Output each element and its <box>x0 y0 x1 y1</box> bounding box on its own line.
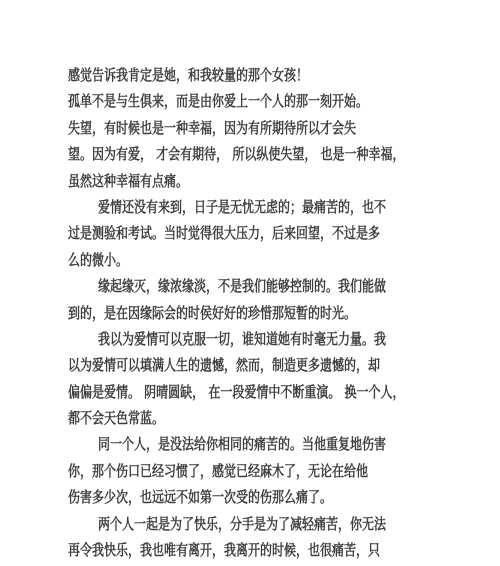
text-line: 孤单不是与生俱来，而是由你爱上一个人的那一刻开始。 <box>68 88 404 114</box>
document-page: 感觉告诉我肯定是她，和我较量的那个女孩！ 孤单不是与生俱来，而是由你爱上一个人的… <box>0 0 500 566</box>
text-line: 感觉告诉我肯定是她，和我较量的那个女孩！ <box>68 62 404 88</box>
text-line: 望。因为有爱， 才会有期待， 所以纵使失望， 也是一种幸福， <box>68 141 404 167</box>
text-line: 缘起缘灭，缘浓缘淡，不是我们能够控制的。我们能做 <box>68 273 404 299</box>
text-line: 两个人一起是为了快乐，分手是为了减轻痛苦，你无法 <box>68 511 404 537</box>
text-line: 失望，有时候也是一种幸福，因为有所期待所以才会失 <box>68 115 404 141</box>
text-line: 我以为爱情可以克服一切，谁知道她有时毫无力量。我 <box>68 326 404 352</box>
text-line: 虽然这种幸福有点痛。 <box>68 168 404 194</box>
text-line: 以为爱情可以填满人生的遗憾，然而，制造更多遗憾的，却 <box>68 352 404 378</box>
text-line: 爱情还没有来到，日子是无忧无虑的；最痛苦的，也不 <box>68 194 404 220</box>
text-line: 再令我快乐，我也唯有离开，我离开的时候，也很痛苦，只 <box>68 537 404 563</box>
text-line: 伤害多少次，也远远不如第一次受的伤那么痛了。 <box>68 484 404 510</box>
text-line: 到的，是在因缘际会的时侯好好的珍惜那短暂的时光。 <box>68 300 404 326</box>
text-line: 同一个人，是没法给你相同的痛苦的。当他重复地伤害 <box>68 431 404 457</box>
text-line: 你，那个伤口已经习惯了，感觉已经麻木了，无论在给他 <box>68 458 404 484</box>
text-line: 么的微小。 <box>68 247 404 273</box>
text-block: 感觉告诉我肯定是她，和我较量的那个女孩！ 孤单不是与生俱来，而是由你爱上一个人的… <box>68 62 488 563</box>
text-line: 偏偏是爱情。 阴晴圆缺， 在一段爱情中不断重演。 换一个人， <box>68 379 404 405</box>
text-line: 过是测验和考试。当时觉得很大压力，后来回望，不过是多 <box>68 220 404 246</box>
text-line: 都不会天色常蓝。 <box>68 405 404 431</box>
